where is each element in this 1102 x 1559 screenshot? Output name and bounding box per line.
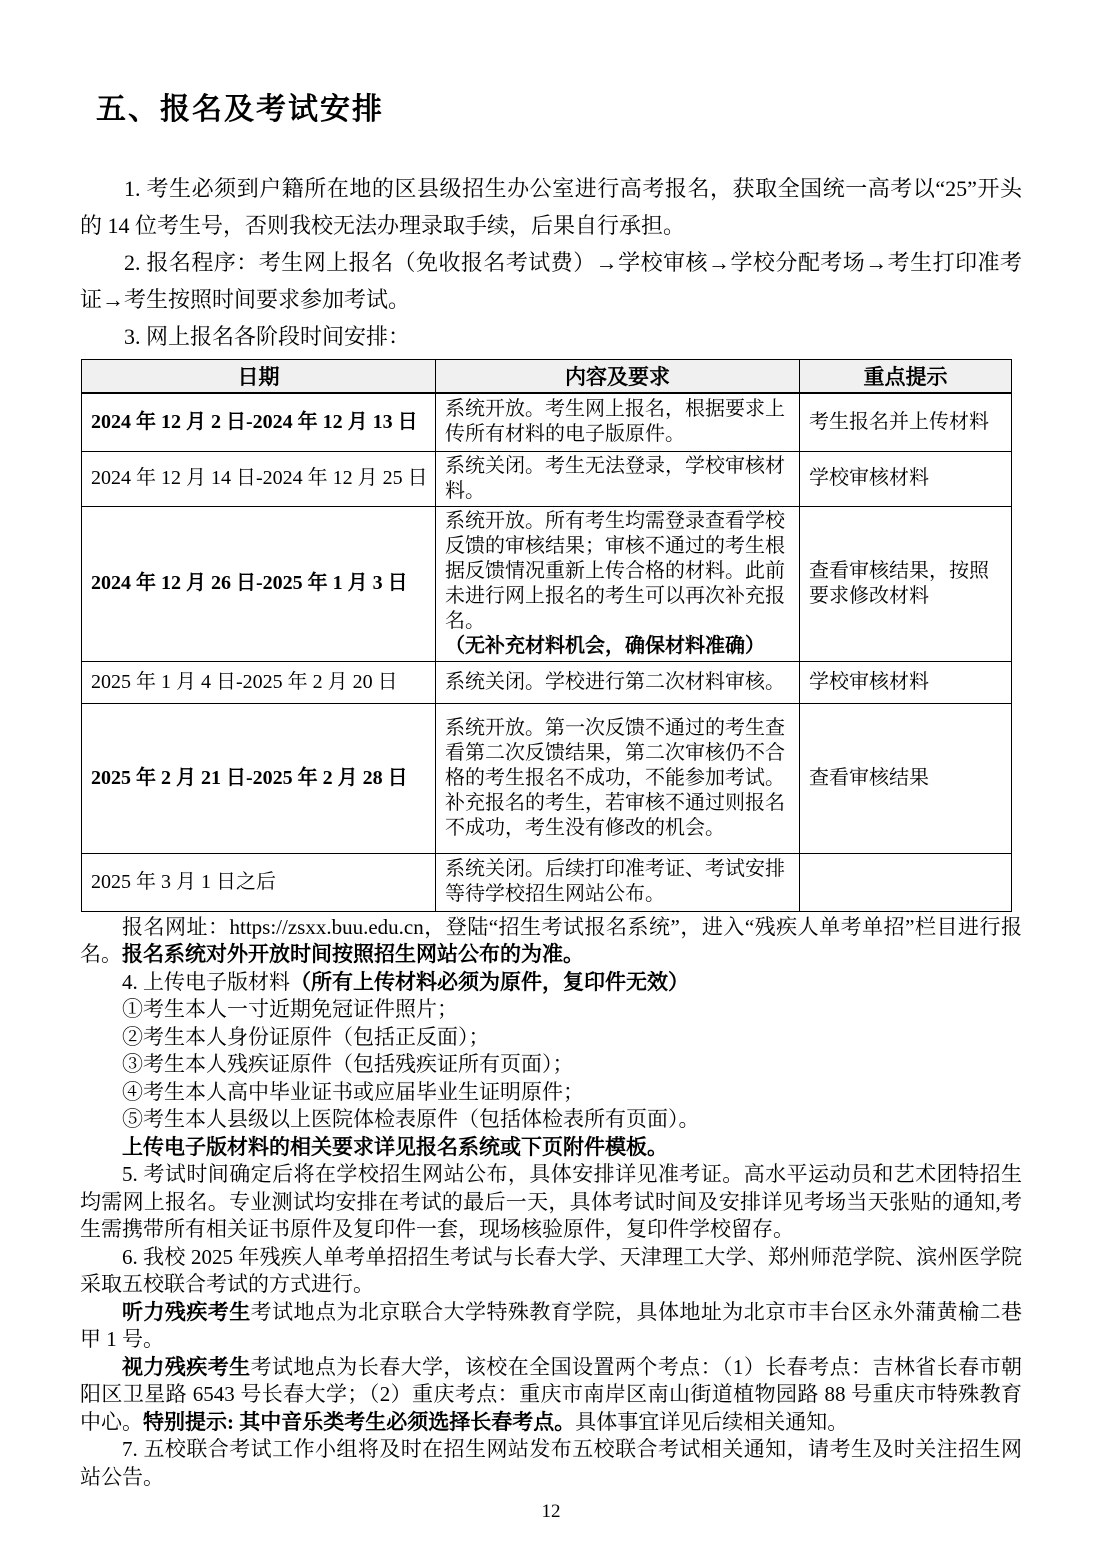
paragraph-7: 7. 五校联合考试工作小组将及时在招生网站发布五校联合考试相关通知，请考生及时关…: [80, 1436, 1022, 1491]
tip-cell: [800, 853, 1012, 911]
text-run: 系统开放。所有考生均需登录查看学校反馈的审核结果；审核不通过的考生根据反馈情况重…: [445, 510, 785, 632]
text-run: 系统开放。第一次反馈不通过的考生查看第二次反馈结果，第二次审核仍不合格的考生报名…: [445, 717, 785, 839]
text-run: 系统关闭。学校进行第二次材料审核。: [445, 671, 785, 693]
text-run: ⑤考生本人县级以上医院体检表原件（包括体检表所有页面）。: [122, 1107, 700, 1131]
header-row: 日期内容及要求重点提示: [82, 360, 1012, 394]
hearing-impaired-paragraph: 听力残疾考生考试地点为北京联合大学特殊教育学院，具体地址为北京市丰台区永外蒲黄榆…: [80, 1299, 1022, 1354]
schedule-table-body: 2024 年 12 月 2 日-2024 年 12 月 13 日系统开放。考生网…: [82, 393, 1012, 911]
text-run: ②考生本人身份证原件（包括正反面）；: [122, 1025, 490, 1049]
material-item-3: ③考生本人残疾证原件（包括残疾证所有页面）；: [80, 1051, 1022, 1079]
tip-cell: 学校审核材料: [800, 451, 1012, 506]
bold-text-run: 听力残疾考生: [122, 1300, 251, 1324]
paragraph-2: 2. 报名程序：考生网上报名（免收报名考试费）→学校审核→学校分配考场→考生打印…: [80, 244, 1022, 318]
material-item-2: ②考生本人身份证原件（包括正反面）；: [80, 1024, 1022, 1052]
date-cell: 2025 年 1 月 4 日-2025 年 2 月 20 日: [82, 661, 436, 703]
page-title: 五、报名及考试安排: [96, 84, 1022, 128]
tip-cell: 查看审核结果: [800, 703, 1012, 853]
table-row: 2024 年 12 月 2 日-2024 年 12 月 13 日系统开放。考生网…: [82, 393, 1012, 451]
table-row: 2024 年 12 月 26 日-2025 年 1 月 3 日系统开放。所有考生…: [82, 506, 1012, 661]
body-section: 报名网址：https://zsxx.buu.edu.cn，登陆“招生考试报名系统…: [80, 914, 1022, 1492]
table-row: 2024 年 12 月 14 日-2024 年 12 月 25 日系统关闭。考生…: [82, 451, 1012, 506]
paragraph-5: 5. 考试时间确定后将在学校招生网站公布，具体安排详见准考证。高水平运动员和艺术…: [80, 1161, 1022, 1244]
page-number: 12: [0, 1501, 1102, 1523]
paragraph-4: 4. 上传电子版材料（所有上传材料必须为原件，复印件无效）: [80, 969, 1022, 997]
document-page: 五、报名及考试安排 1. 考生必须到户籍所在地的区县级招生办公室进行高考报名，获…: [0, 0, 1102, 1559]
col-header: 日期: [82, 360, 436, 394]
content-cell: 系统开放。考生网上报名，根据要求上传所有材料的电子版原件。: [436, 393, 800, 451]
col-header: 内容及要求: [436, 360, 800, 394]
bold-text-run: （所有上传材料必须为原件，复印件无效）: [290, 970, 689, 994]
material-item-5: ⑤考生本人县级以上医院体检表原件（包括体检表所有页面）。: [80, 1106, 1022, 1134]
paragraph-3: 3. 网上报名各阶段时间安排：: [80, 318, 1022, 355]
text-run: 系统关闭。考生无法登录，学校审核材料。: [445, 455, 785, 502]
text-run: 系统关闭。后续打印准考证、考试安排等待学校招生网站公布。: [445, 858, 785, 905]
date-cell: 2024 年 12 月 26 日-2025 年 1 月 3 日: [82, 506, 436, 661]
material-item-1: ①考生本人一寸近期免冠证件照片；: [80, 996, 1022, 1024]
text-run: 5. 考试时间确定后将在学校招生网站公布，具体安排详见准考证。高水平运动员和艺术…: [80, 1162, 1022, 1241]
text-run: 7. 五校联合考试工作小组将及时在招生网站发布五校联合考试相关通知，请考生及时关…: [80, 1437, 1022, 1489]
content-cell: 系统关闭。学校进行第二次材料审核。: [436, 661, 800, 703]
paragraph-6: 6. 我校 2025 年残疾人单考单招招生考试与长春大学、天津理工大学、郑州师范…: [80, 1244, 1022, 1299]
content-cell: 系统开放。所有考生均需登录查看学校反馈的审核结果；审核不通过的考生根据反馈情况重…: [436, 506, 800, 661]
table-row: 2025 年 2 月 21 日-2025 年 2 月 28 日系统开放。第一次反…: [82, 703, 1012, 853]
content-cell: 系统关闭。后续打印准考证、考试安排等待学校招生网站公布。: [436, 853, 800, 911]
col-header: 重点提示: [800, 360, 1012, 394]
text-run: ①考生本人一寸近期免冠证件照片；: [122, 997, 458, 1021]
table-row: 2025 年 1 月 4 日-2025 年 2 月 20 日系统关闭。学校进行第…: [82, 661, 1012, 703]
bold-text-run: 特别提示: 其中音乐类考生必须选择长春考点。: [143, 1410, 575, 1434]
content-cell: 系统开放。第一次反馈不通过的考生查看第二次反馈结果，第二次审核仍不合格的考生报名…: [436, 703, 800, 853]
intro-section: 1. 考生必须到户籍所在地的区县级招生办公室进行高考报名，获取全国统一高考以“2…: [80, 170, 1022, 355]
content-cell: 系统关闭。考生无法登录，学校审核材料。: [436, 451, 800, 506]
text-run: ④考生本人高中毕业证书或应届毕业生证明原件；: [122, 1080, 584, 1104]
text-run: 2. 报名程序：考生网上报名（免收报名考试费）→学校审核→学校分配考场→考生打印…: [80, 250, 1022, 312]
date-cell: 2025 年 3 月 1 日之后: [82, 853, 436, 911]
bold-text-run: 上传电子版材料的相关要求详见报名系统或下页附件模板。: [122, 1135, 668, 1159]
bold-text-run: （无补充材料机会，确保材料准确）: [445, 635, 765, 657]
tip-cell: 查看审核结果，按照要求修改材料: [800, 506, 1012, 661]
tip-cell: 考生报名并上传材料: [800, 393, 1012, 451]
upload-note: 上传电子版材料的相关要求详见报名系统或下页附件模板。: [80, 1134, 1022, 1162]
text-run: 4. 上传电子版材料: [122, 970, 290, 994]
bold-text-run: 报名系统对外开放时间按照招生网站公布的为准。: [122, 942, 584, 966]
text-run: 1. 考生必须到户籍所在地的区县级招生办公室进行高考报名，获取全国统一高考以“2…: [80, 176, 1022, 238]
date-cell: 2024 年 12 月 14 日-2024 年 12 月 25 日: [82, 451, 436, 506]
table-row: 2025 年 3 月 1 日之后系统关闭。后续打印准考证、考试安排等待学校招生网…: [82, 853, 1012, 911]
schedule-table-head: 日期内容及要求重点提示: [82, 360, 1012, 394]
date-cell: 2024 年 12 月 2 日-2024 年 12 月 13 日: [82, 393, 436, 451]
text-run: 具体事宜详见后续相关通知。: [575, 1410, 848, 1434]
date-cell: 2025 年 2 月 21 日-2025 年 2 月 28 日: [82, 703, 436, 853]
tip-cell: 学校审核材料: [800, 661, 1012, 703]
registration-url-paragraph: 报名网址：https://zsxx.buu.edu.cn，登陆“招生考试报名系统…: [80, 914, 1022, 969]
text-run: 3. 网上报名各阶段时间安排：: [124, 324, 410, 349]
text-run: ③考生本人残疾证原件（包括残疾证所有页面）；: [122, 1052, 574, 1076]
text-run: 6. 我校 2025 年残疾人单考单招招生考试与长春大学、天津理工大学、郑州师范…: [80, 1245, 1022, 1297]
bold-text-run: 视力残疾考生: [122, 1355, 251, 1379]
visually-impaired-paragraph: 视力残疾考生考试地点为长春大学，该校在全国设置两个考点：（1）长春考点：吉林省长…: [80, 1354, 1022, 1437]
text-run: 系统开放。考生网上报名，根据要求上传所有材料的电子版原件。: [445, 398, 785, 445]
paragraph-1: 1. 考生必须到户籍所在地的区县级招生办公室进行高考报名，获取全国统一高考以“2…: [80, 170, 1022, 244]
material-item-4: ④考生本人高中毕业证书或应届毕业生证明原件；: [80, 1079, 1022, 1107]
schedule-table: 日期内容及要求重点提示 2024 年 12 月 2 日-2024 年 12 月 …: [81, 359, 1012, 912]
